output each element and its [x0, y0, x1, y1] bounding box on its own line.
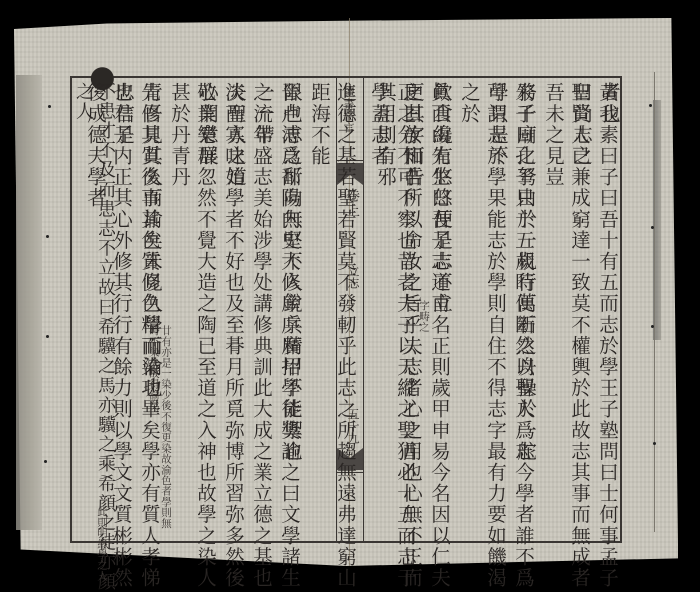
text-column: 進德之基若聖若賢莫不發軔乎此志之所趨無遠弗達窮山距海不能	[306, 82, 358, 592]
text-column: 聖賢人已兼成窮達一致莫不權輿於此故志其事而無成者吾未之見豈	[540, 82, 592, 592]
left-page-edge-stain	[16, 75, 42, 530]
binding-hole	[651, 226, 654, 229]
interlinear-note: 此則明終學之人	[96, 506, 108, 581]
binding-hole	[48, 105, 51, 108]
text-column: 不患才不及而患志不立故曰希驥之馬亦驥之乘希顔之徒亦顔之人	[72, 82, 116, 592]
right-margin-rule	[654, 72, 655, 532]
binding-hole	[46, 235, 49, 238]
binding-hole	[653, 442, 656, 445]
binding-hole	[651, 325, 654, 328]
binding-hole	[46, 335, 49, 338]
text-column: 可謂志於學果能志於學則自住不得志字最有力要如饑渴之於	[456, 82, 508, 592]
text-column: 正之分不可不察也昔者夫子以天縱之聖猶必十五而志于學蓋志者	[366, 82, 418, 592]
binding-hole	[649, 104, 652, 107]
text-column: 敬業樂群忽然不覺大造之陶已至道之入神也故學之染人甚於丹青丹	[166, 82, 218, 592]
binding-hole	[44, 460, 47, 463]
